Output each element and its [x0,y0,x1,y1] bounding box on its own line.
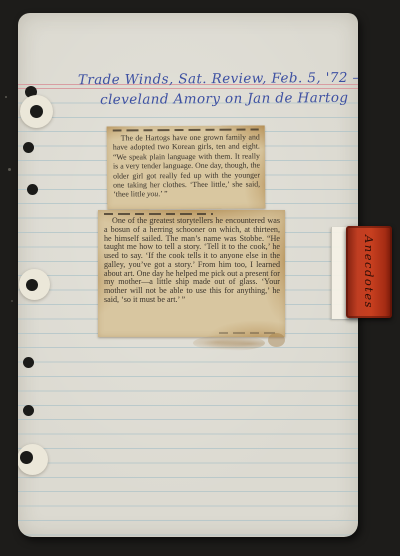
punch-hole [30,105,43,118]
cutoff-text-fragment [104,213,213,216]
note-line-author: cleveland Amory on Jan de Hartog [100,88,358,110]
note-line-citation: Trade Winds, Sat. Review, Feb. 5, '72 — [78,68,358,91]
notebook-page: Trade Winds, Sat. Review, Feb. 5, '72 — … [18,13,358,537]
dust-speck [8,168,11,171]
punch-hole [27,184,38,195]
clipping-text-segment: .’ ” [158,190,167,199]
punch-hole [23,357,34,368]
cutoff-text-fragment [219,332,275,335]
punch-hole [20,451,33,464]
dust-speck [11,300,13,302]
clipping-de-hartogs: The de Hartogs have one grown family and… [107,125,266,209]
glue-stain [268,333,285,347]
glue-stain [193,335,265,351]
clipping-text-segment: The de Hartogs have one grown family and… [113,132,260,198]
clipping-text-italic: you [147,190,158,199]
handwritten-note: Trade Winds, Sat. Review, Feb. 5, '72 — … [78,68,358,111]
punch-hole [23,142,34,153]
anecdotes-tab: Anecdotes [346,226,392,318]
clipping-text: One of the greatest storytellers he enco… [98,216,285,305]
punch-hole [26,279,38,291]
scan-background: Trade Winds, Sat. Review, Feb. 5, '72 — … [0,0,400,556]
clipping-text: The de Hartogs have one grown family and… [107,131,265,199]
punch-hole [23,405,34,416]
clipping-stobbe: One of the greatest storytellers he enco… [98,210,285,337]
tab-label: Anecdotes [362,235,376,309]
dust-speck [5,96,7,98]
